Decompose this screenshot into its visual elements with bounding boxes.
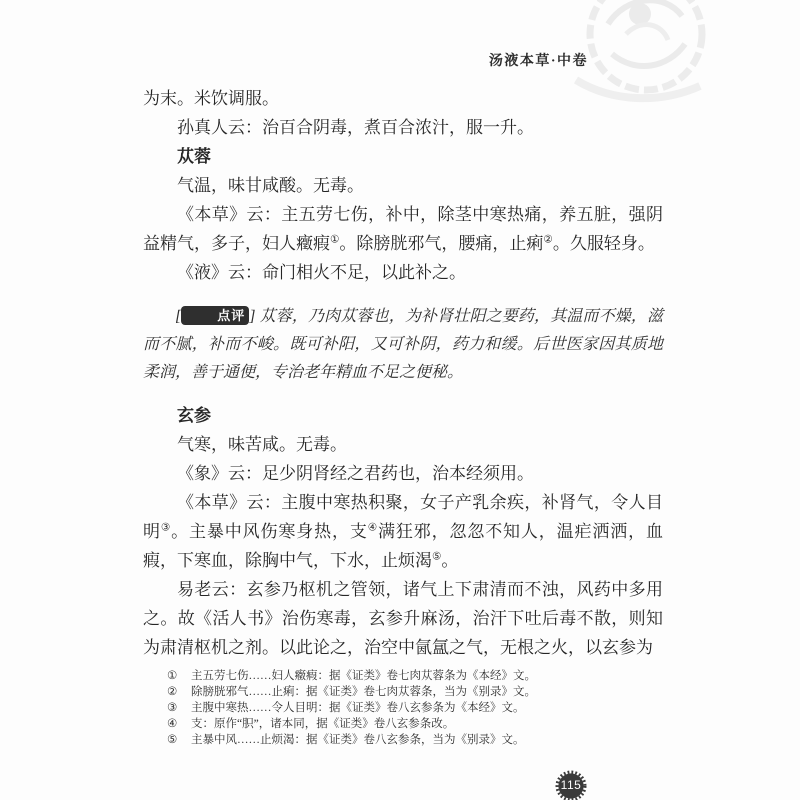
footnote-item: ④支：原作“胑”，诸本同，据《证类》卷八玄参条改。 bbox=[167, 716, 673, 732]
body-paragraph: 为末。米饮调服。 bbox=[143, 84, 663, 113]
body-paragraph: 易老云：玄参乃枢机之管领，诸气上下肃清而不浊，风药中多用之。故《活人书》治伤寒毒… bbox=[143, 575, 663, 662]
footnote-text: 支：原作“胑”，诸本同，据《证类》卷八玄参条改。 bbox=[191, 716, 673, 732]
footnote-text: 主暴中风……止烦渴：据《证类》卷八玄参条，当为《别录》文。 bbox=[191, 732, 673, 748]
page-number-badge: 115 bbox=[554, 770, 588, 800]
page-content: 为末。米饮调服。孙真人云：治百合阴毒，煮百合浓汁，服一升。苁蓉气温，味甘咸酸。无… bbox=[143, 84, 663, 662]
footnote-text: 除膀胱邪气……止痢：据《证类》卷七肉苁蓉条，当为《别录》文。 bbox=[191, 684, 673, 700]
footnote-number: ① bbox=[167, 668, 191, 684]
book-page: 汤液本草·中卷 为末。米饮调服。孙真人云：治百合阴毒，煮百合浓汁，服一升。苁蓉气… bbox=[0, 0, 800, 800]
footnote-number: ④ bbox=[167, 716, 191, 732]
footnote-text: 主五劳七伤……妇人癥瘕：据《证类》卷七肉苁蓉条为《本经》文。 bbox=[191, 668, 673, 684]
body-paragraph: 孙真人云：治百合阴毒，煮百合浓汁，服一升。 bbox=[143, 113, 663, 142]
bracket-close: ] bbox=[249, 308, 259, 325]
body-paragraph: 气寒，味苦咸。无毒。 bbox=[143, 430, 663, 459]
footnote-ref: ③ bbox=[161, 522, 171, 533]
commentary-paragraph: [点评] 苁蓉，乃肉苁蓉也，为补肾壮阳之要药，其温而不燥，滋而不腻，补而不峻。既… bbox=[143, 303, 663, 387]
footnote-item: ②除膀胱邪气……止痢：据《证类》卷七肉苁蓉条，当为《别录》文。 bbox=[167, 684, 673, 700]
footnote-number: ③ bbox=[167, 700, 191, 716]
footnote-ref: ⑤ bbox=[432, 551, 441, 562]
footnotes: ①主五劳七伤……妇人癥瘕：据《证类》卷七肉苁蓉条为《本经》文。②除膀胱邪气……止… bbox=[167, 668, 673, 748]
drug-heading: 苁蓉 bbox=[143, 142, 663, 171]
body-paragraph: 《本草》云：主腹中寒热积聚，女子产乳余疾，补肾气，令人目明③。主暴中风伤寒身热，… bbox=[143, 488, 663, 575]
body-paragraph: 《象》云：足少阴肾经之君药也，治本经须用。 bbox=[143, 459, 663, 488]
comment-label-badge: 点评 bbox=[181, 306, 249, 325]
body-paragraph: 《本草》云：主五劳七伤，补中，除茎中寒热痛，养五脏，强阴益精气，多子，妇人癥瘕①… bbox=[143, 200, 663, 258]
body-paragraph: 《液》云：命门相火不足，以此补之。 bbox=[143, 258, 663, 287]
footnote-ref: ② bbox=[543, 234, 552, 245]
footnote-item: ①主五劳七伤……妇人癥瘕：据《证类》卷七肉苁蓉条为《本经》文。 bbox=[167, 668, 673, 684]
footnote-ref: ④ bbox=[368, 522, 378, 533]
footnote-item: ⑤主暴中风……止烦渴：据《证类》卷八玄参条，当为《别录》文。 bbox=[167, 732, 673, 748]
footnote-ref: ① bbox=[330, 234, 339, 245]
footnote-number: ② bbox=[167, 684, 191, 700]
footnote-item: ③主腹中寒热……令人目明：据《证类》卷八玄参条为《本经》文。 bbox=[167, 700, 673, 716]
footnote-text: 主腹中寒热……令人目明：据《证类》卷八玄参条为《本经》文。 bbox=[191, 700, 673, 716]
page-title: 汤液本草·中卷 bbox=[489, 54, 588, 69]
page-number: 115 bbox=[554, 770, 588, 800]
body-paragraph: 气温，味甘咸酸。无毒。 bbox=[143, 171, 663, 200]
footnote-number: ⑤ bbox=[167, 732, 191, 748]
running-head: 汤液本草·中卷 bbox=[0, 50, 588, 70]
drug-heading: 玄参 bbox=[143, 401, 663, 430]
